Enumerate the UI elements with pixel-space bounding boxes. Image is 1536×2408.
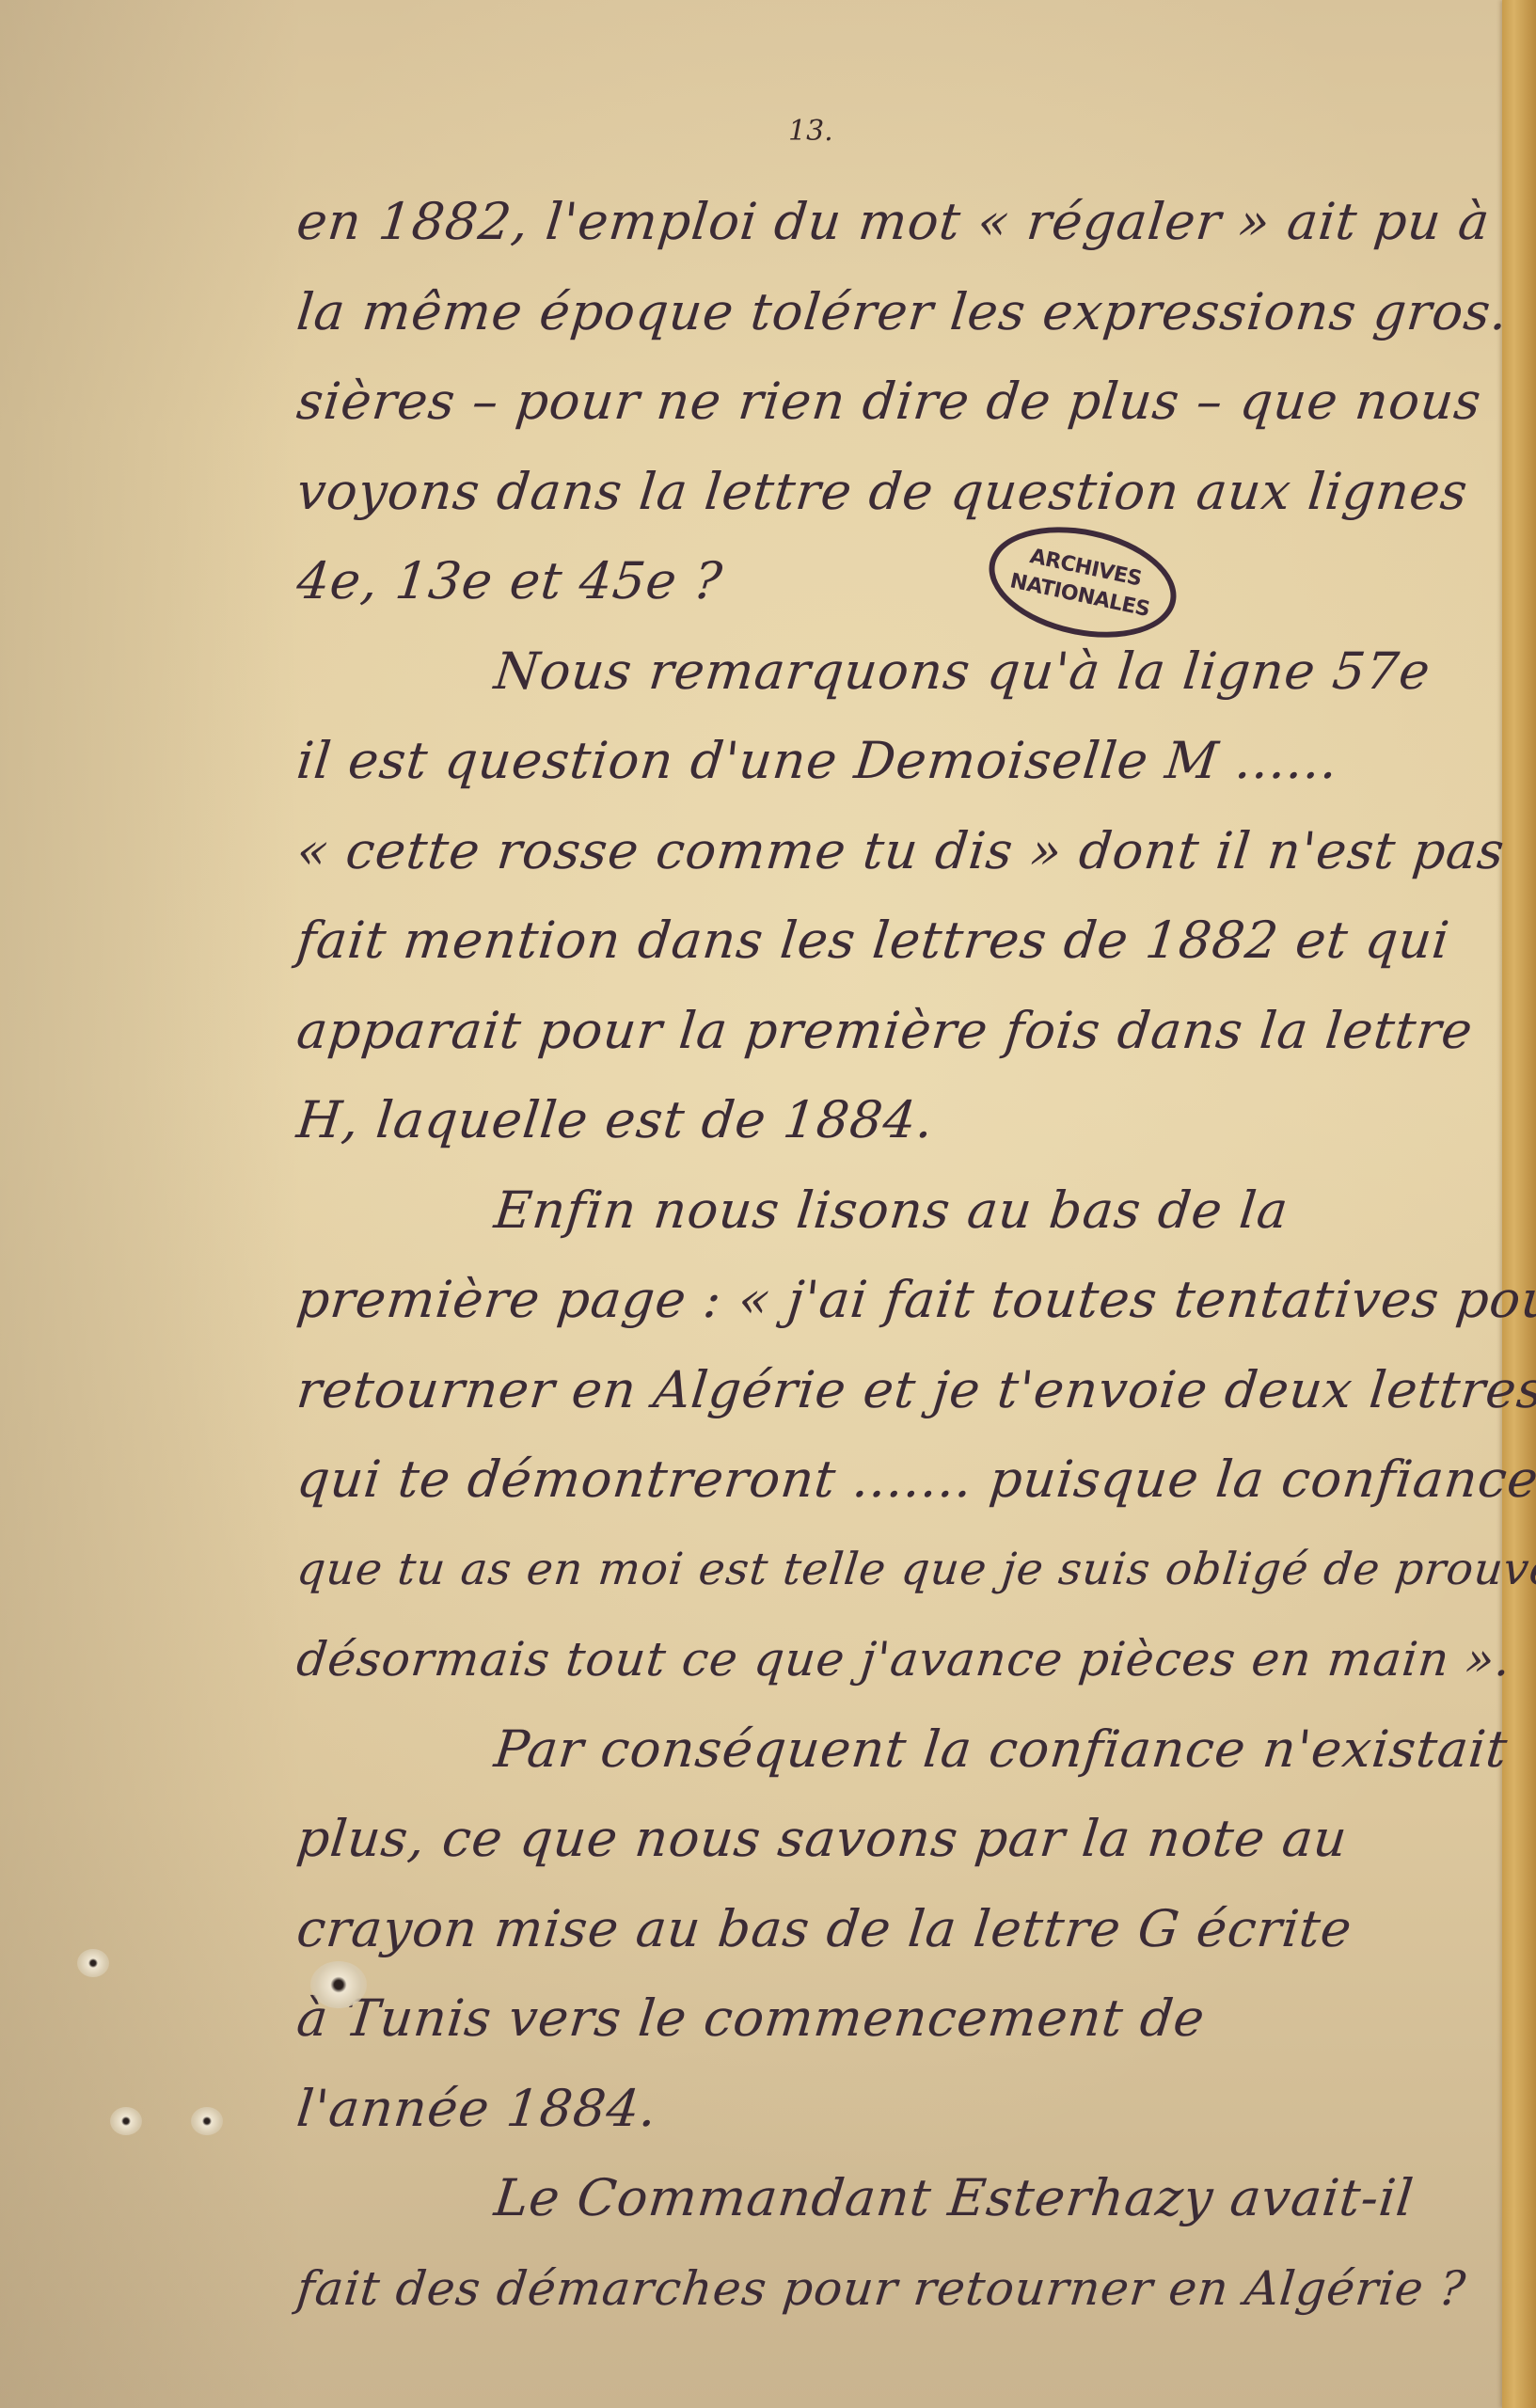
text-line: apparait pour la première fois dans la l… (292, 993, 1505, 1084)
page-edge (1502, 0, 1536, 2408)
text-line: première page : « j'ai fait toutes tenta… (292, 1262, 1505, 1353)
text-line: sières – pour ne rien dire de plus – que… (292, 364, 1505, 454)
paragraph-start-line: Nous remarquons qu'à la ligne 57e (292, 634, 1505, 724)
punch-hole-icon (110, 2107, 142, 2135)
text-line: la même époque tolérer les expressions g… (292, 275, 1505, 365)
text-line: fait mention dans les lettres de 1882 et… (292, 903, 1505, 993)
text-line: qui te démontreront ....... puisque la c… (292, 1442, 1505, 1532)
page-shadow (0, 0, 301, 2408)
text-line: en 1882, l'emploi du mot « régaler » ait… (292, 184, 1505, 275)
punch-hole-icon (310, 1961, 367, 2008)
page-number: 13. (788, 115, 833, 148)
text-line: plus, ce que nous savons par la note au (292, 1801, 1505, 1892)
text-line: fait des démarches pour retourner en Alg… (292, 2251, 1505, 2341)
text-line: que tu as en moi est telle que je suis o… (292, 1532, 1505, 1623)
punch-hole-icon (77, 1949, 109, 1977)
text-line: « cette rosse comme tu dis » dont il n'e… (292, 814, 1505, 904)
text-line: H, laquelle est de 1884. (292, 1083, 1505, 1173)
manuscript-page: 13. en 1882, l'emploi du mot « régaler »… (0, 0, 1536, 2408)
paragraph-start-line: Par conséquent la confiance n'existait (292, 1712, 1505, 1802)
punch-hole-icon (191, 2107, 223, 2135)
text-line: à Tunis vers le commencement de (292, 1981, 1505, 2071)
text-line: il est question d'une Demoiselle M .....… (292, 723, 1505, 814)
text-line: l'année 1884. (292, 2071, 1505, 2162)
text-line: 4e, 13e et 45e ? (292, 544, 1505, 634)
text-line: retourner en Algérie et je t'envoie deux… (292, 1353, 1505, 1443)
text-line: désormais tout ce que j'avance pièces en… (292, 1622, 1505, 1712)
paragraph-start-line: Enfin nous lisons au bas de la (292, 1173, 1505, 1263)
paragraph-start-line: Le Commandant Esterhazy avait-il (292, 2161, 1505, 2251)
text-line: crayon mise au bas de la lettre G écrite (292, 1892, 1505, 1982)
handwritten-text: en 1882, l'emploi du mot « régaler » ait… (292, 184, 1496, 2340)
text-line: voyons dans la lettre de question aux li… (292, 454, 1505, 545)
